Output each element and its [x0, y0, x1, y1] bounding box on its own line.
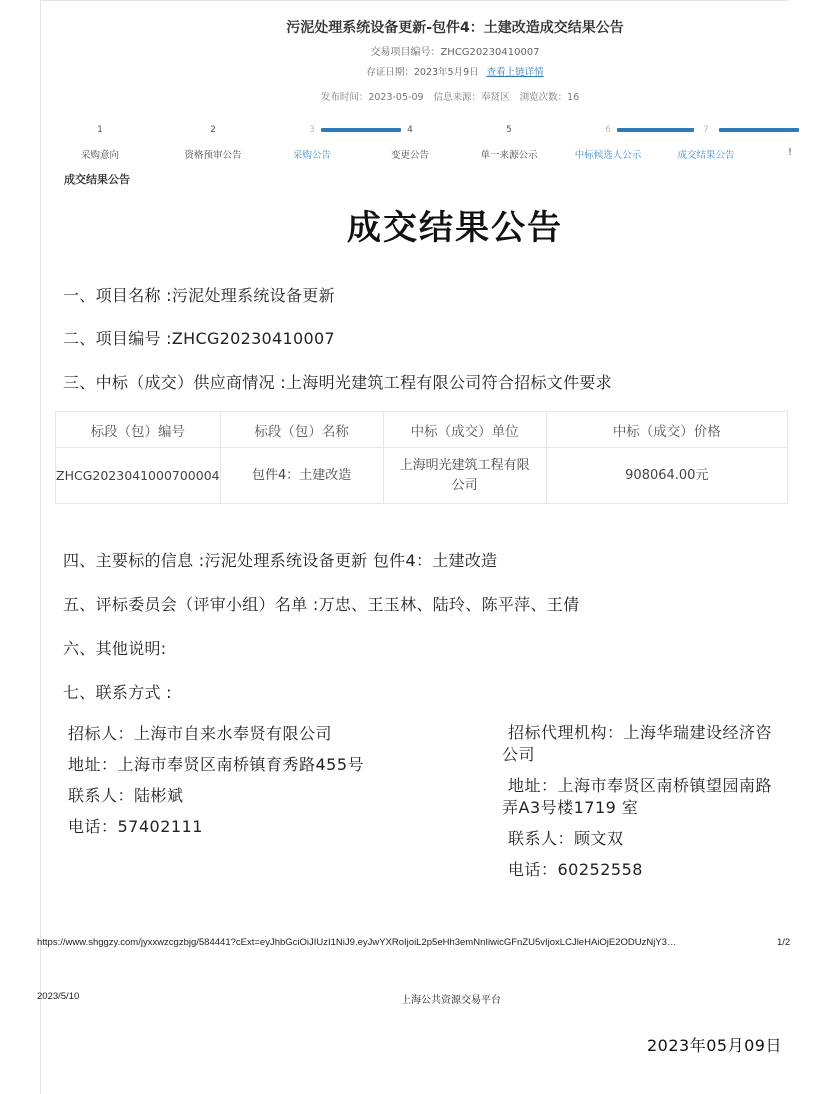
document-title: 成交结果公告: [0, 200, 826, 249]
step-number: 1: [50, 123, 150, 137]
agency-address-line1: 地址：上海市奉贤区南桥镇望园南路: [502, 775, 788, 797]
print-header-date: 2023/5/10: [37, 991, 79, 1002]
step-label: 中标候选人公示: [558, 147, 658, 161]
table-header-row: 标段（包）编号 标段（包）名称 中标（成交）单位 中标（成交）价格: [56, 412, 788, 448]
view-chain-details-link[interactable]: 查看上链详情: [487, 67, 544, 78]
agency-name-line2: 公司: [502, 744, 788, 766]
step-number: 6: [558, 123, 658, 137]
step-procurement-notice[interactable]: 3 采购公告: [262, 123, 362, 161]
process-steps: 1 采购意向 2 资格预审公告 3 采购公告 4 变更公告 5 单一来源公示 6…: [40, 123, 826, 163]
publish-info-line: 发布时间：2023-05-09信息来源：奉贤区浏览次数：16: [0, 89, 826, 103]
info-source: 信息来源：奉贤区: [434, 92, 510, 103]
step-label: !: [740, 147, 826, 158]
item-subject-info: 四、主要标的信息 :污泥处理系统设备更新 包件4：土建改造: [63, 548, 497, 571]
agency-name: 招标代理机构：上海华瑞建设经济咨 公司: [502, 722, 788, 766]
cert-date-value: 2023年5月9日: [414, 67, 479, 78]
step-label: 采购意向: [50, 147, 150, 161]
step-number: 3: [262, 123, 362, 137]
page-frame-top-border: [40, 0, 788, 1]
cell-lot-name: 包件4：土建改造: [220, 448, 383, 504]
print-footer-url: https://www.shggzy.com/jyxxwzcgzbjg/5844…: [37, 937, 676, 948]
step-number: 5: [459, 123, 559, 137]
step-prequalification[interactable]: 2 资格预审公告: [163, 123, 263, 161]
view-count: 浏览次数：16: [520, 92, 580, 103]
project-code-label: 交易项目编号：: [370, 47, 440, 58]
result-table: 标段（包）编号 标段（包）名称 中标（成交）单位 中标（成交）价格 ZHCG20…: [55, 411, 788, 504]
step-number: 4: [360, 123, 460, 137]
publish-time: 发布时间：2023-05-09: [321, 92, 424, 103]
cert-date-label: 存证日期：: [366, 67, 414, 78]
tenderer-address: 地址：上海市奉贤区南桥镇育秀路455号: [68, 753, 364, 784]
col-header-lot-name: 标段（包）名称: [220, 412, 383, 448]
project-code-value: ZHCG20230410007: [440, 47, 539, 58]
agency-name-line1: 招标代理机构：上海华瑞建设经济咨: [502, 722, 788, 744]
step-candidate-notice[interactable]: 6 中标候选人公示: [558, 123, 658, 161]
cell-lot-code: ZHCG2023041000700004: [56, 448, 221, 504]
step-next-truncated[interactable]: !: [740, 123, 826, 158]
tenderer-contact: 招标人：上海市自来水奉贤有限公司 地址：上海市奉贤区南桥镇育秀路455号 联系人…: [68, 722, 364, 846]
section-tag: 成交结果公告: [64, 171, 130, 187]
item-project-name: 一、项目名称 :污泥处理系统设备更新: [63, 283, 335, 306]
tenderer-contact-person: 联系人：陆彬斌: [68, 784, 364, 815]
step-label: 采购公告: [262, 147, 362, 161]
item-project-code: 二、项目编号 :ZHCG20230410007: [63, 326, 335, 349]
cell-price: 908064.00元: [546, 448, 787, 504]
step-label: 单一来源公示: [459, 147, 559, 161]
tenderer-phone: 电话：57402111: [68, 815, 364, 846]
cell-winner: 上海明光建筑工程有限公司: [383, 448, 546, 504]
tenderer-name: 招标人：上海市自来水奉贤有限公司: [68, 722, 364, 753]
item-contact-heading: 七、联系方式 :: [63, 680, 172, 703]
agency-contact-person: 联系人：顾文双: [502, 828, 788, 850]
cert-date-line: 存证日期：2023年5月9日查看上链详情: [0, 64, 826, 78]
print-header-site: 上海公共资源交易平台: [401, 991, 501, 1006]
step-procurement-intent[interactable]: 1 采购意向: [50, 123, 150, 161]
project-code-line: 交易项目编号：ZHCG20230410007: [0, 43, 826, 58]
table-row: ZHCG2023041000700004 包件4：土建改造 上海明光建筑工程有限…: [56, 448, 788, 504]
page-frame-left-border: [40, 0, 41, 1094]
col-header-price: 中标（成交）价格: [546, 412, 787, 448]
step-label: 资格预审公告: [163, 147, 263, 161]
announcement-title: 污泥处理系统设备更新-包件4：土建改造成交结果公告: [0, 17, 826, 37]
col-header-lot-code: 标段（包）编号: [56, 412, 221, 448]
step-number: [740, 123, 826, 137]
agency-contact: 招标代理机构：上海华瑞建设经济咨 公司 地址：上海市奉贤区南桥镇望园南路 弄A3…: [502, 722, 788, 890]
step-number: 2: [163, 123, 263, 137]
item-other-notes: 六、其他说明:: [63, 636, 167, 659]
col-header-winner: 中标（成交）单位: [383, 412, 546, 448]
print-page-number: 1/2: [777, 937, 790, 948]
agency-phone: 电话：60252558: [502, 859, 788, 881]
step-change-notice[interactable]: 4 变更公告: [360, 123, 460, 161]
signature-date: 2023年05月09日: [647, 1033, 782, 1056]
step-label: 变更公告: [360, 147, 460, 161]
agency-address: 地址：上海市奉贤区南桥镇望园南路 弄A3号楼1719 室: [502, 775, 788, 819]
item-committee: 五、评标委员会（评审小组）名单 :万忠、王玉林、陆玲、陈平萍、王倩: [63, 592, 579, 615]
item-supplier-info: 三、中标（成交）供应商情况 :上海明光建筑工程有限公司符合招标文件要求: [63, 370, 612, 393]
agency-address-line2: 弄A3号楼1719 室: [502, 797, 788, 819]
step-single-source[interactable]: 5 单一来源公示: [459, 123, 559, 161]
